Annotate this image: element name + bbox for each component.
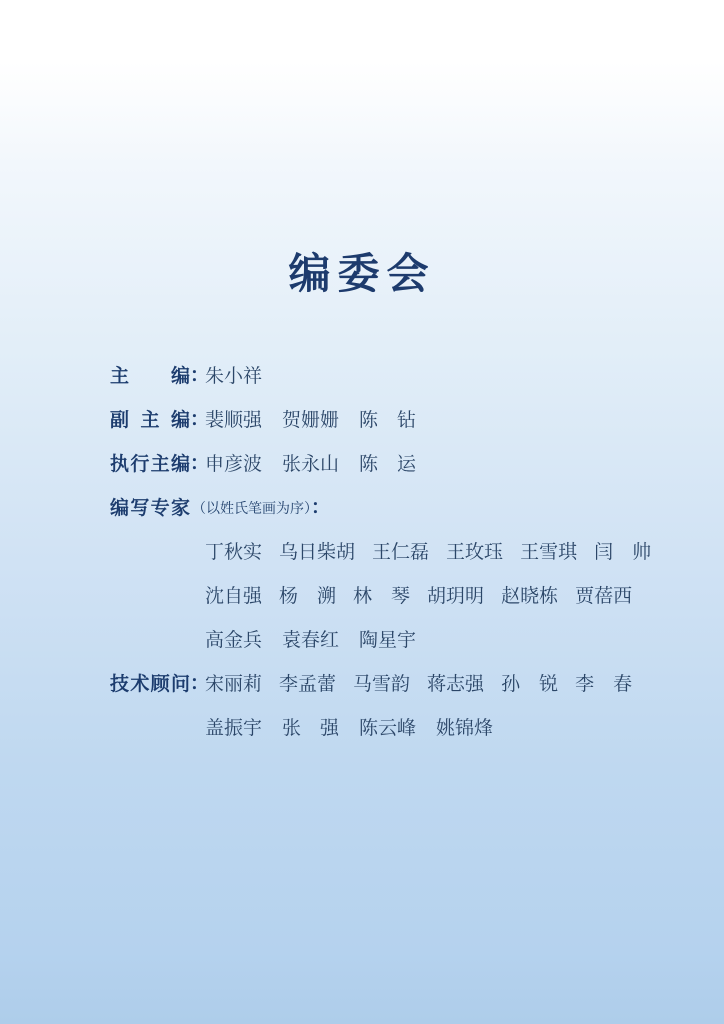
section-label: 执行主编 [110, 443, 190, 487]
section-label-wrap: 执行主编： [110, 442, 209, 487]
section-label-wrap: 编写专家（以姓氏笔画为序）： [110, 486, 330, 531]
person-name: 姚锦烽 [436, 706, 493, 750]
person-name: 蒋志强 [427, 662, 484, 706]
person-name: 沈自强 [205, 574, 262, 618]
person-name: 陶星宇 [359, 618, 416, 662]
committee-section: 技术顾问：宋丽莉李孟蕾马雪韵蒋志强孙 锐李 春盖振宇张 强陈云峰姚锦烽 [110, 662, 668, 750]
person-name: 贺姗姗 [282, 398, 339, 442]
person-name: 宋丽莉 [205, 662, 262, 706]
committee-section: 主编：朱小祥 [110, 354, 668, 398]
section-label-wrap: 技术顾问： [110, 662, 209, 707]
person-name: 胡玥明 [427, 574, 484, 618]
person-name: 陈云峰 [359, 706, 416, 750]
person-name: 杨 溯 [279, 574, 336, 618]
section-names: 朱小祥 [205, 354, 668, 398]
committee-section: 执行主编：申彦波张永山陈 运 [110, 442, 668, 486]
person-name: 李 春 [575, 662, 632, 706]
document-page: 编委会 主编：朱小祥副主编：裴顺强贺姗姗陈 钻执行主编：申彦波张永山陈 运编写专… [0, 0, 724, 1024]
person-name: 贾蓓西 [575, 574, 632, 618]
section-label-wrap: 副主编： [110, 398, 209, 443]
section-label: 主编 [110, 355, 190, 399]
person-name: 朱小祥 [205, 354, 262, 398]
person-name: 马雪韵 [353, 662, 410, 706]
person-name: 丁秋实 [205, 530, 262, 574]
section-label-colon: ： [190, 673, 209, 694]
person-name: 裴顺强 [205, 398, 262, 442]
person-name: 张永山 [282, 442, 339, 486]
section-label-colon: ： [311, 497, 330, 518]
section-label-wrap: 主编： [110, 354, 209, 399]
section-label: 副主编 [110, 399, 190, 443]
person-name: 李孟蕾 [279, 662, 336, 706]
section-label-note: （以姓氏笔画为序） [192, 500, 311, 516]
name-line: 裴顺强贺姗姗陈 钻 [205, 398, 668, 442]
committee-list: 主编：朱小祥副主编：裴顺强贺姗姗陈 钻执行主编：申彦波张永山陈 运编写专家（以姓… [110, 354, 668, 750]
committee-section: 副主编：裴顺强贺姗姗陈 钻 [110, 398, 668, 442]
section-label-colon: ： [190, 453, 209, 474]
person-name: 陈 钻 [359, 398, 416, 442]
name-line: 申彦波张永山陈 运 [205, 442, 668, 486]
name-line: 丁秋实乌日柴胡王仁磊王玫珏王雪琪闫 帅 [205, 530, 668, 574]
person-name: 申彦波 [205, 442, 262, 486]
section-label: 技术顾问 [110, 663, 190, 707]
committee-section: 编写专家（以姓氏笔画为序）： 丁秋实乌日柴胡王仁磊王玫珏王雪琪闫 帅沈自强杨 溯… [110, 486, 668, 662]
name-line: 盖振宇张 强陈云峰姚锦烽 [205, 706, 668, 750]
person-name: 林 琴 [353, 574, 410, 618]
section-label-colon: ： [190, 409, 209, 430]
person-name: 高金兵 [205, 618, 262, 662]
section-names: 申彦波张永山陈 运 [205, 442, 668, 486]
section-label-colon: ： [190, 365, 209, 386]
name-line: 朱小祥 [205, 354, 668, 398]
person-name: 赵晓栋 [501, 574, 558, 618]
section-names: 宋丽莉李孟蕾马雪韵蒋志强孙 锐李 春盖振宇张 强陈云峰姚锦烽 [205, 662, 668, 750]
person-name: 盖振宇 [205, 706, 262, 750]
person-name: 孙 锐 [501, 662, 558, 706]
name-line: 高金兵袁春红陶星宇 [205, 618, 668, 662]
person-name: 王雪琪 [520, 530, 577, 574]
person-name: 袁春红 [282, 618, 339, 662]
person-name: 王仁磊 [372, 530, 429, 574]
page-title: 编委会 [0, 0, 724, 298]
person-name: 闫 帅 [594, 530, 651, 574]
section-names: 裴顺强贺姗姗陈 钻 [205, 398, 668, 442]
name-line: 沈自强杨 溯林 琴胡玥明赵晓栋贾蓓西 [205, 574, 668, 618]
person-name: 乌日柴胡 [279, 530, 355, 574]
person-name: 张 强 [282, 706, 339, 750]
person-name: 王玫珏 [446, 530, 503, 574]
section-label: 编写专家 [110, 487, 190, 531]
name-line: 宋丽莉李孟蕾马雪韵蒋志强孙 锐李 春 [205, 662, 668, 706]
person-name: 陈 运 [359, 442, 416, 486]
